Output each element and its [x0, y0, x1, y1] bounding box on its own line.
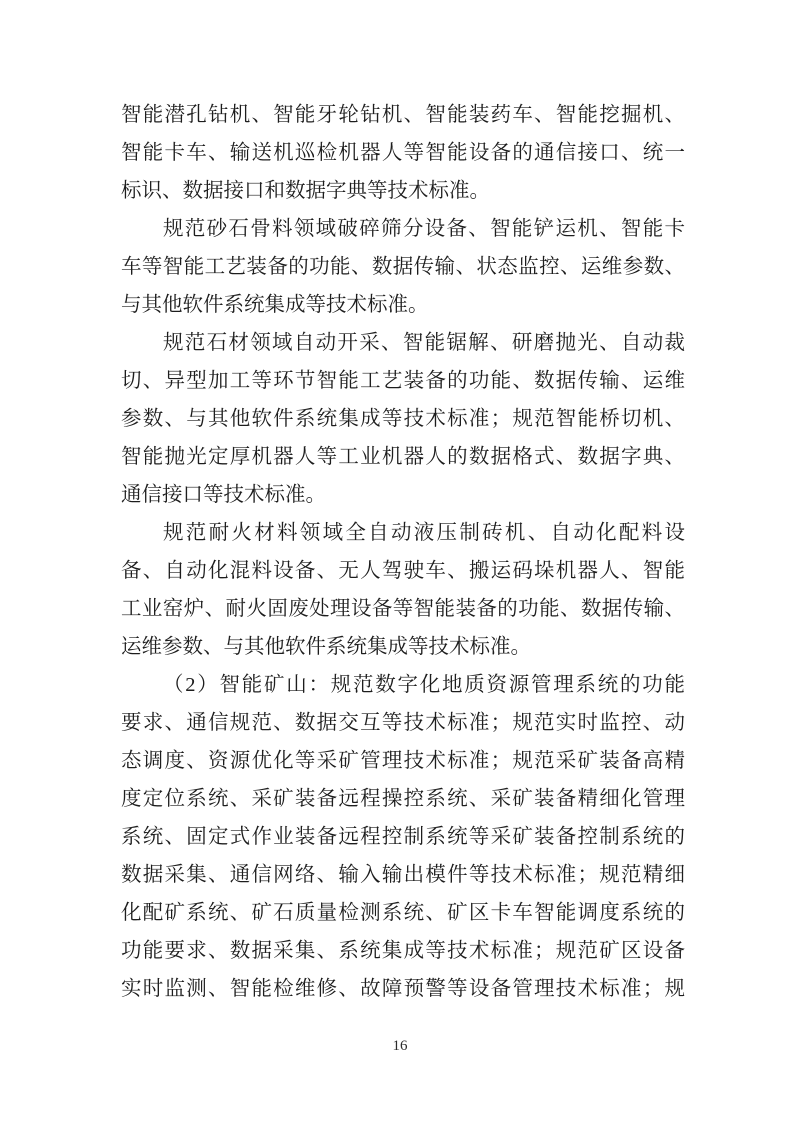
text-line: 通信接口等技术标准。	[121, 476, 685, 514]
text-line: 与其他软件系统集成等技术标准。	[121, 286, 685, 324]
page-footer: 16	[0, 1038, 800, 1055]
text-line: 系统、固定式作业装备远程控制系统等采矿装备控制系统的	[121, 818, 685, 856]
text-line: 智能抛光定厚机器人等工业机器人的数据格式、数据字典、	[121, 438, 685, 476]
text-line: 态调度、资源优化等采矿管理技术标准；规范采矿装备高精	[121, 742, 685, 780]
text-line: 智能潜孔钻机、智能牙轮钻机、智能装药车、智能挖掘机、	[121, 96, 685, 134]
text-line: 规范石材领域自动开采、智能锯解、研磨抛光、自动裁	[121, 324, 685, 362]
document-page: 智能潜孔钻机、智能牙轮钻机、智能装药车、智能挖掘机、智能卡车、输送机巡检机器人等…	[0, 0, 800, 1131]
text-line: 车等智能工艺装备的功能、数据传输、状态监控、运维参数、	[121, 248, 685, 286]
text-line: 标识、数据接口和数据字典等技术标准。	[121, 172, 685, 210]
text-line: 实时监测、智能检维修、故障预警等设备管理技术标准；规	[121, 970, 685, 1008]
text-line: 要求、通信规范、数据交互等技术标准；规范实时监控、动	[121, 704, 685, 742]
text-line: 度定位系统、采矿装备远程操控系统、采矿装备精细化管理	[121, 780, 685, 818]
text-line: 智能卡车、输送机巡检机器人等智能设备的通信接口、统一	[121, 134, 685, 172]
text-line: 运维参数、与其他软件系统集成等技术标准。	[121, 628, 685, 666]
text-line: 备、自动化混料设备、无人驾驶车、搬运码垛机器人、智能	[121, 552, 685, 590]
text-line: 规范耐火材料领域全自动液压制砖机、自动化配料设	[121, 514, 685, 552]
text-line: 参数、与其他软件系统集成等技术标准；规范智能桥切机、	[121, 400, 685, 438]
page-number: 16	[393, 1038, 408, 1054]
text-line: （2）智能矿山：规范数字化地质资源管理系统的功能	[121, 666, 685, 704]
text-line: 切、异型加工等环节智能工艺装备的功能、数据传输、运维	[121, 362, 685, 400]
text-line: 工业窑炉、耐火固废处理设备等智能装备的功能、数据传输、	[121, 590, 685, 628]
text-line: 功能要求、数据采集、系统集成等技术标准；规范矿区设备	[121, 932, 685, 970]
text-line: 规范砂石骨料领域破碎筛分设备、智能铲运机、智能卡	[121, 210, 685, 248]
text-line: 数据采集、通信网络、输入输出模件等技术标准；规范精细	[121, 856, 685, 894]
text-line: 化配矿系统、矿石质量检测系统、矿区卡车智能调度系统的	[121, 894, 685, 932]
document-text: 智能潜孔钻机、智能牙轮钻机、智能装药车、智能挖掘机、智能卡车、输送机巡检机器人等…	[121, 96, 685, 1008]
